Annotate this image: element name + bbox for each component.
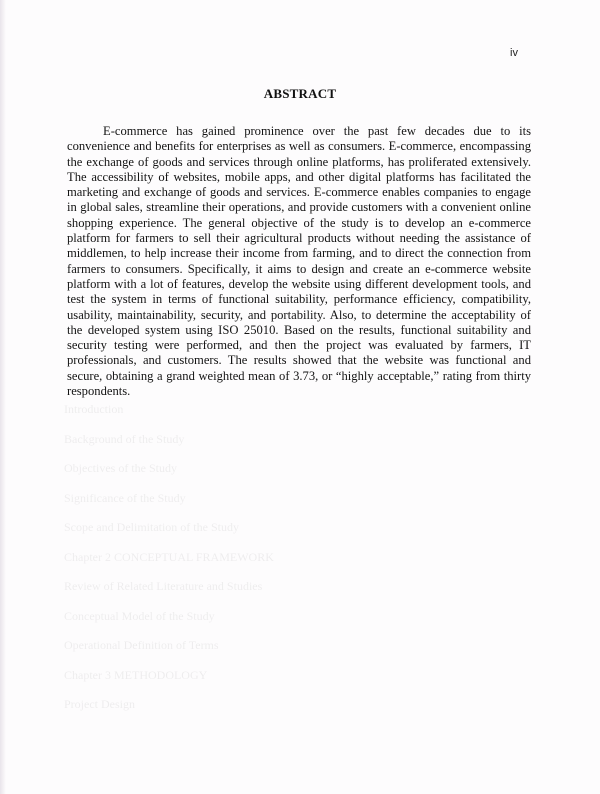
bleed-line: Objectives of the Study: [64, 461, 274, 491]
abstract-body: E-commerce has gained prominence over th…: [67, 124, 531, 399]
bleed-line: Review of Related Literature and Studies: [64, 579, 274, 609]
bleed-line: Significance of the Study: [64, 491, 274, 521]
bleed-line: Operational Definition of Terms: [64, 638, 274, 668]
bleed-line: Introduction: [64, 402, 274, 432]
bleed-through-text: Introduction Background of the Study Obj…: [64, 402, 274, 727]
bleed-line: Chapter 3 METHODOLOGY: [64, 668, 274, 698]
abstract-title: ABSTRACT: [0, 86, 600, 102]
bleed-line: Chapter 2 CONCEPTUAL FRAMEWORK: [64, 550, 274, 580]
page-number: iv: [510, 47, 518, 59]
abstract-paragraph: E-commerce has gained prominence over th…: [67, 124, 531, 399]
bleed-line: Project Design: [64, 697, 274, 727]
bleed-line: Conceptual Model of the Study: [64, 609, 274, 639]
document-page: Introduction Background of the Study Obj…: [0, 0, 600, 794]
scan-edge-shadow: [0, 0, 6, 794]
bleed-line: Background of the Study: [64, 432, 274, 462]
bleed-line: Scope and Delimitation of the Study: [64, 520, 274, 550]
